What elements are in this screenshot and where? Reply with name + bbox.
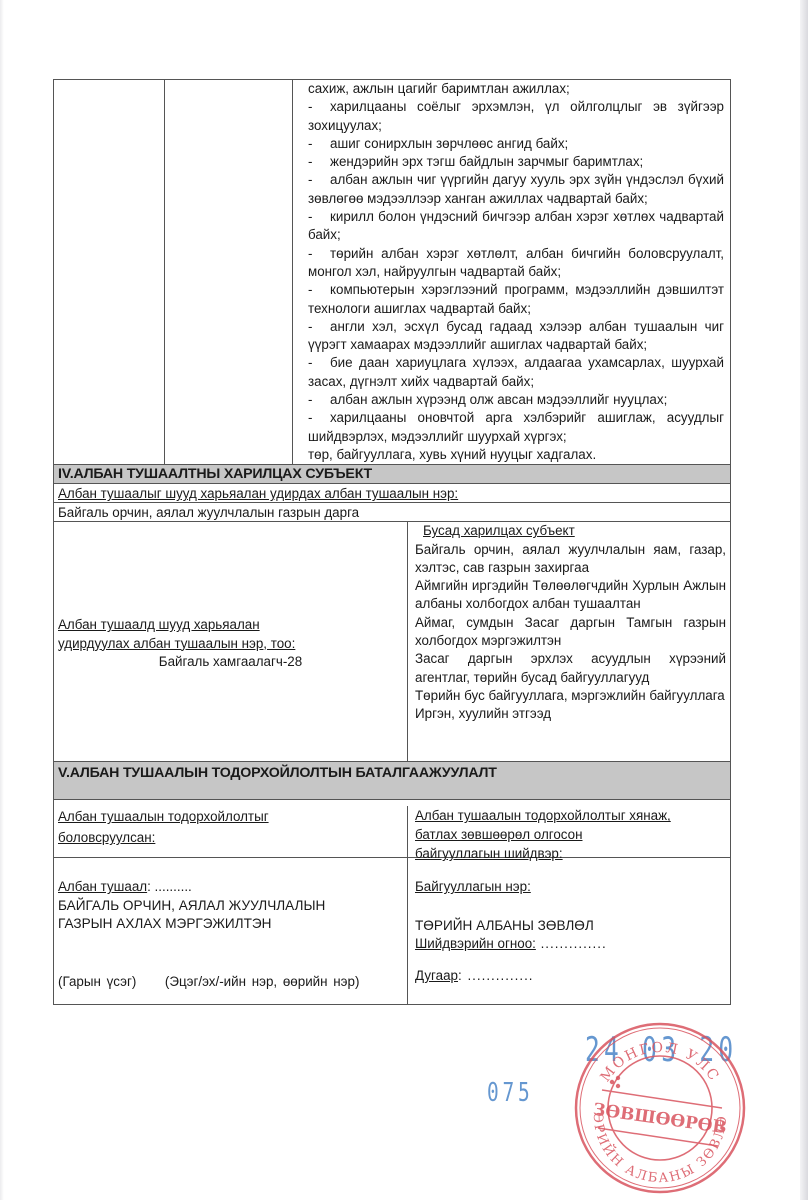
other-subject-item: Аймгийн иргэдийн Төлөөлөгчдийн Хурлын Аж…: [415, 577, 726, 614]
org-value: ТӨРИЙН АЛБАНЫ ЗӨВЛӨЛ: [415, 917, 726, 935]
requirement-item: -албан ажлын хүрээнд олж авсан мэдээллий…: [308, 391, 724, 409]
bullet-dash: -: [308, 208, 330, 226]
job-description-table: сахиж, ажлын цагийг баримтлан ажиллах;-х…: [53, 79, 731, 1005]
subordinates-value: Байгаль хамгаалагч-28: [58, 653, 403, 671]
requirement-item: -төрийн албан хэрэг хөтлөлт, албан бичги…: [308, 245, 724, 282]
supervisor-label: Албан тушаалыг шууд харьяалан удирдах ал…: [58, 484, 458, 502]
bullet-dash: -: [308, 245, 330, 263]
bullet-dash: -: [308, 409, 330, 427]
prepared-label-1: Албан тушаалын тодорхойлолтыг: [58, 806, 403, 827]
bullet-dash: -: [308, 153, 330, 171]
name-label: (Эцэг/эх/-ийн нэр, өөрийн нэр): [165, 974, 360, 989]
requirement-item: -бие даан хариуцлага хүлээх, алдаагаа ух…: [308, 354, 724, 391]
page-left-edge: [0, 0, 4, 1200]
other-subjects-label: Бусад харилцах субъект: [423, 523, 575, 538]
prepared-label-2: боловсруулсан:: [58, 827, 403, 848]
section-iv-header: IV.АЛБАН ТУШААЛТНЫ ХАРИЛЦАХ СУБЪЕКТ: [54, 465, 730, 484]
other-subjects-cell: Бусад харилцах субъект Байгаль орчин, ая…: [408, 522, 730, 761]
position-value-1: БАЙГАЛЬ ОРЧИН, АЯЛАЛ ЖУУЛЧЛАЛЫН: [58, 897, 403, 915]
bullet-dash: -: [308, 281, 330, 299]
requirement-item: -жендэрийн эрх тэгш байдлын зарчмыг бари…: [308, 153, 724, 171]
subordinates-label-1: Албан тушаалд шууд харьяалан: [58, 616, 403, 634]
signature-label: (Гарын үсэг): [58, 974, 136, 989]
requirement-item: -кирилл болон үндэсний бичгээр албан хэр…: [308, 208, 724, 245]
official-seal-icon: МОНГОЛ УЛС ТӨРИЙН АЛБАНЫ ЗӨВЛӨЛ ЗӨВШӨӨРӨ…: [572, 1020, 748, 1196]
approver-decision-cell: Байгууллагын нэр: ТӨРИЙН АЛБАНЫ ЗӨВЛӨЛ Ш…: [408, 858, 730, 1004]
bullet-dash: -: [308, 98, 330, 116]
other-subject-item: Иргэн, хуулийн этгээд: [415, 705, 726, 723]
other-subject-item: Засаг даргын эрхлэх асуудлын хүрээний аг…: [415, 650, 726, 687]
requirement-item: -англи хэл, эсхүл бусад гадаад хэлээр ал…: [308, 318, 724, 355]
requirement-item: -албан ажлын чиг үүргийн дагуу хууль эрх…: [308, 171, 724, 208]
prepared-by-cell: Албан тушаалын тодорхойлолтыг боловсруул…: [54, 806, 408, 857]
approved-by-cell: Албан тушаалын тодорхойлолтыг хянаж, бат…: [408, 806, 730, 857]
empty-cell-1: [54, 80, 165, 464]
position-value-2: ГАЗРЫН АХЛАХ МЭРГЭЖИЛТЭН: [58, 915, 403, 933]
requirements-row: сахиж, ажлын цагийг баримтлан ажиллах;-х…: [54, 80, 730, 465]
other-subject-item: Байгаль орчин, аялал жуулчлалын яам, газ…: [415, 541, 726, 578]
subordinates-row: Албан тушаалд шууд харьяалан удирдуулах …: [54, 522, 730, 762]
requirement-item: -ашиг сонирхлын зөрчлөөс ангид байх;: [308, 135, 724, 153]
requirement-item: -харилцааны соёлыг эрхэмлэн, үл ойлголцл…: [308, 98, 724, 135]
supervisor-label-row: Албан тушаалыг шууд харьяалан удирдах ал…: [54, 484, 730, 503]
number-label: Дугаар: [415, 968, 458, 983]
requirement-item: -компьютерын хэрэглээний программ, мэдээ…: [308, 281, 724, 318]
subordinates-label-2: удирдуулах албан тушаалын нэр, тоо:: [58, 635, 403, 653]
number-dots: : ..............: [458, 968, 534, 983]
section-iv-title: IV.АЛБАН ТУШААЛТНЫ ХАРИЛЦАХ СУБЪЕКТ: [58, 465, 372, 483]
bullet-dash: -: [308, 135, 330, 153]
org-label: Байгууллагын нэр:: [415, 878, 726, 896]
empty-cell-2: [165, 80, 293, 464]
approved-label-1: Албан тушаалын тодорхойлолтыг хянаж,: [415, 806, 726, 825]
requirement-item: -харилцааны оновчтой арга хэлбэрийг ашиг…: [308, 409, 724, 446]
bullet-dash: -: [308, 391, 330, 409]
preparer-signature-cell: Албан тушаал: .......... БАЙГАЛЬ ОРЧИН, …: [54, 858, 408, 1004]
approval-labels-row: Албан тушаалын тодорхойлолтыг боловсруул…: [54, 800, 730, 858]
subordinates-cell: Албан тушаалд шууд харьяалан удирдуулах …: [54, 522, 408, 761]
section-v-header: V.АЛБАН ТУШААЛЫН ТОДОРХОЙЛОЛТЫН БАТАЛГАА…: [54, 762, 730, 800]
supervisor-value-row: Байгаль орчин, аялал жуулчлалын газрын д…: [54, 503, 730, 522]
section-v-title: V.АЛБАН ТУШААЛЫН ТОДОРХОЙЛОЛТЫН БАТАЛГАА…: [58, 762, 497, 799]
signature-row: Албан тушаал: .......... БАЙГАЛЬ ОРЧИН, …: [54, 858, 730, 1004]
bullet-dash: -: [308, 171, 330, 189]
bullet-dash: -: [308, 318, 330, 336]
bullet-dash: -: [308, 354, 330, 372]
requirements-list: сахиж, ажлын цагийг баримтлан ажиллах;-х…: [293, 80, 730, 464]
other-subject-item: Төрийн бус байгууллага, мэргэжлийн байгу…: [415, 687, 726, 705]
requirement-item: төр, байгууллага, хувь хүний нууцыг хадг…: [308, 446, 724, 464]
decision-date-label: Шийдвэрийн огноо:: [415, 936, 536, 951]
requirement-item: сахиж, ажлын цагийг баримтлан ажиллах;: [308, 80, 724, 98]
decision-date-dots: ..............: [536, 936, 607, 951]
stamped-number: 075: [487, 1078, 533, 1108]
position-dots: : ..........: [147, 879, 192, 894]
supervisor-value: Байгаль орчин, аялал жуулчлалын газрын д…: [58, 503, 359, 521]
approved-label-2: батлах зөвшөөрөл олгосон: [415, 825, 726, 844]
page-right-edge: [800, 0, 808, 1200]
position-label: Албан тушаал: [58, 879, 147, 894]
other-subject-item: Аймаг, сумдын Засаг даргын Тамгын газрын…: [415, 614, 726, 651]
